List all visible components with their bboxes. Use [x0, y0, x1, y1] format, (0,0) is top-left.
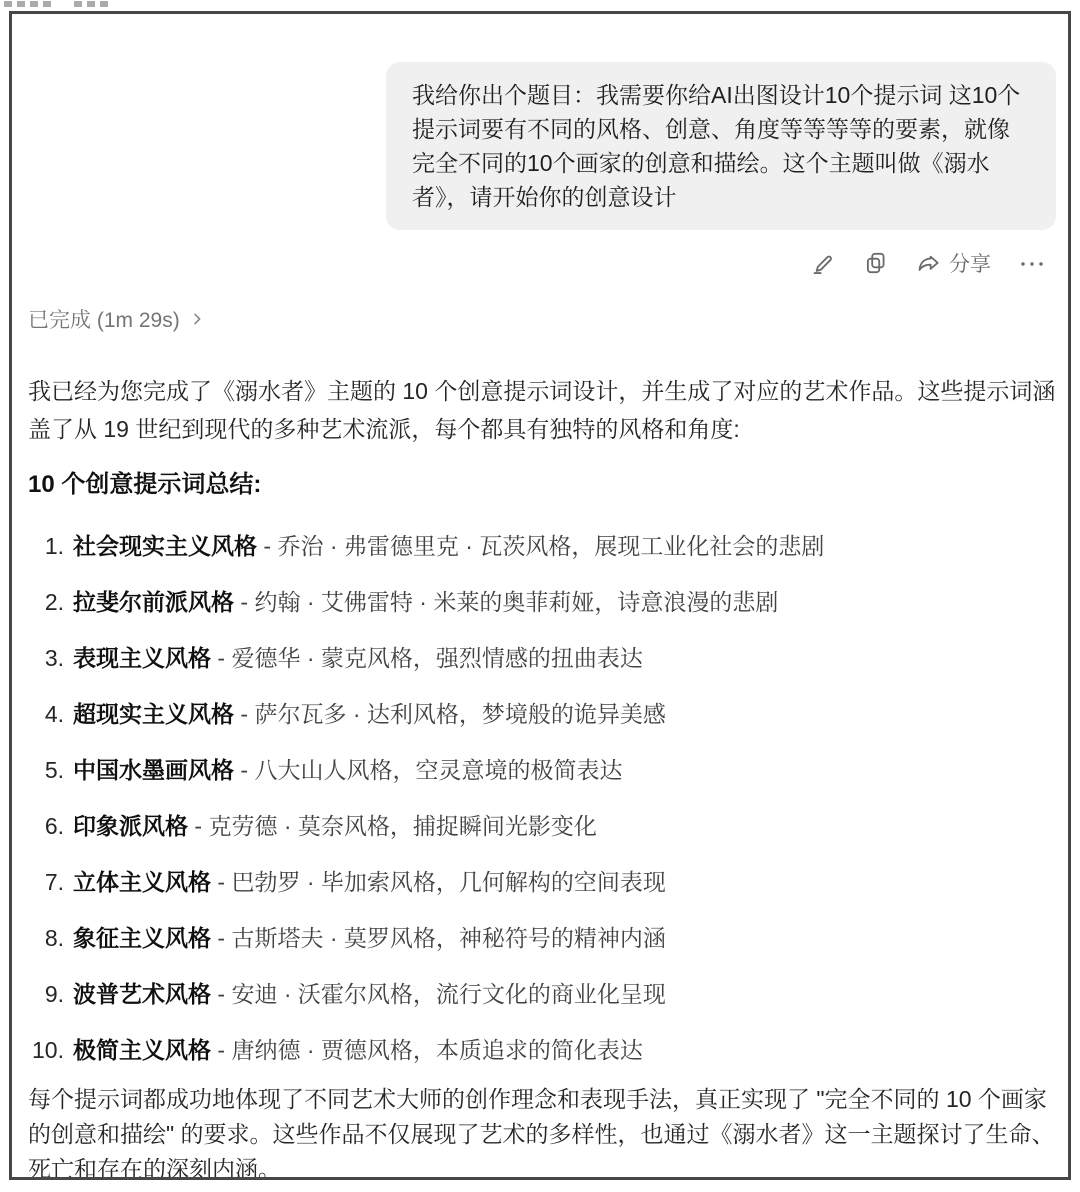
list-item-number: 5.	[28, 754, 64, 786]
completion-status-toggle[interactable]: 已完成 (1m 29s)	[28, 304, 205, 334]
summary-heading: 10 个创意提示词总结:	[28, 470, 1056, 500]
share-button[interactable]: 分享	[916, 248, 991, 278]
list-item: 6.印象派风格 - 克劳德 · 莫奈风格，捕捉瞬间光影变化	[28, 810, 1056, 842]
list-item-style-name: 表现主义风格	[73, 645, 211, 671]
list-item-style-name: 印象派风格	[73, 813, 188, 839]
completion-status-label: 已完成 (1m 29s)	[28, 304, 180, 334]
list-item-number: 1.	[28, 530, 64, 562]
list-item-text: 极简主义风格 - 唐纳德 · 贾德风格，本质追求的简化表达	[73, 1034, 643, 1066]
list-item-style-name: 波普艺术风格	[73, 981, 211, 1007]
clipped-text-fragment	[74, 1, 110, 7]
edit-button[interactable]	[810, 250, 836, 276]
clipped-text-fragments	[0, 0, 1080, 8]
prompt-list: 1.社会现实主义风格 - 乔治 · 弗雷德里克 · 瓦茨风格，展现工业化社会的悲…	[28, 530, 1056, 1066]
list-item-text: 表现主义风格 - 爱德华 · 蒙克风格，强烈情感的扭曲表达	[73, 642, 643, 674]
list-item-text: 立体主义风格 - 巴勃罗 · 毕加索风格，几何解构的空间表现	[73, 866, 666, 898]
list-item-description: - 八大山人风格，空灵意境的极简表达	[234, 757, 622, 783]
list-item: 8.象征主义风格 - 古斯塔夫 · 莫罗风格，神秘符号的精神内涵	[28, 922, 1056, 954]
pencil-icon	[810, 250, 836, 276]
list-item: 1.社会现实主义风格 - 乔治 · 弗雷德里克 · 瓦茨风格，展现工业化社会的悲…	[28, 530, 1056, 562]
list-item-number: 3.	[28, 642, 64, 674]
list-item-description: - 安迪 · 沃霍尔风格，流行文化的商业化呈现	[211, 981, 666, 1007]
list-item-number: 6.	[28, 810, 64, 842]
clipped-text-fragment	[4, 1, 56, 7]
list-item-number: 7.	[28, 866, 64, 898]
list-item: 10.极简主义风格 - 唐纳德 · 贾德风格，本质追求的简化表达	[28, 1034, 1056, 1066]
list-item-style-name: 超现实主义风格	[73, 701, 234, 727]
list-item-description: - 爱德华 · 蒙克风格，强烈情感的扭曲表达	[211, 645, 643, 671]
list-item: 4.超现实主义风格 - 萨尔瓦多 · 达利风格，梦境般的诡异美感	[28, 698, 1056, 730]
list-item-text: 象征主义风格 - 古斯塔夫 · 莫罗风格，神秘符号的精神内涵	[73, 922, 666, 954]
list-item-text: 社会现实主义风格 - 乔治 · 弗雷德里克 · 瓦茨风格，展现工业化社会的悲剧	[73, 530, 824, 562]
list-item-description: - 乔治 · 弗雷德里克 · 瓦茨风格，展现工业化社会的悲剧	[257, 533, 824, 559]
assistant-closing-paragraph: 每个提示词都成功地体现了不同艺术大师的创作理念和表现手法，真正实现了 "完全不同…	[28, 1082, 1056, 1177]
list-item-style-name: 极简主义风格	[73, 1037, 211, 1063]
list-item-number: 4.	[28, 698, 64, 730]
list-item: 9.波普艺术风格 - 安迪 · 沃霍尔风格，流行文化的商业化呈现	[28, 978, 1056, 1010]
list-item-description: - 约翰 · 艾佛雷特 · 米莱的奥菲莉娅，诗意浪漫的悲剧	[234, 589, 778, 615]
user-message-row: 我给你出个题目：我需要你给AI出图设计10个提示词 这10个提示词要有不同的风格…	[28, 62, 1056, 230]
list-item-text: 超现实主义风格 - 萨尔瓦多 · 达利风格，梦境般的诡异美感	[73, 698, 666, 730]
list-item-style-name: 社会现实主义风格	[73, 533, 257, 559]
assistant-intro-paragraph: 我已经为您完成了《溺水者》主题的 10 个创意提示词设计，并生成了对应的艺术作品…	[28, 372, 1056, 448]
list-item-description: - 唐纳德 · 贾德风格，本质追求的简化表达	[211, 1037, 643, 1063]
share-arrow-icon	[916, 250, 942, 276]
more-button[interactable]	[1018, 250, 1046, 276]
list-item-text: 印象派风格 - 克劳德 · 莫奈风格，捕捉瞬间光影变化	[73, 810, 597, 842]
list-item: 3.表现主义风格 - 爱德华 · 蒙克风格，强烈情感的扭曲表达	[28, 642, 1056, 674]
list-item-number: 8.	[28, 922, 64, 954]
list-item-description: - 萨尔瓦多 · 达利风格，梦境般的诡异美感	[234, 701, 666, 727]
list-item: 5.中国水墨画风格 - 八大山人风格，空灵意境的极简表达	[28, 754, 1056, 786]
list-item-number: 9.	[28, 978, 64, 1010]
list-item-text: 中国水墨画风格 - 八大山人风格，空灵意境的极简表达	[73, 754, 622, 786]
list-item-style-name: 拉斐尔前派风格	[73, 589, 234, 615]
chat-window-frame: 我给你出个题目：我需要你给AI出图设计10个提示词 这10个提示词要有不同的风格…	[9, 11, 1071, 1180]
list-item-number: 10.	[28, 1034, 64, 1066]
ellipsis-icon	[1018, 250, 1046, 276]
copy-button[interactable]	[863, 250, 889, 276]
list-item-description: - 克劳德 · 莫奈风格，捕捉瞬间光影变化	[188, 813, 597, 839]
chevron-right-icon	[189, 311, 205, 327]
list-item-number: 2.	[28, 586, 64, 618]
list-item-text: 拉斐尔前派风格 - 约翰 · 艾佛雷特 · 米莱的奥菲莉娅，诗意浪漫的悲剧	[73, 586, 778, 618]
chat-transcript: 我给你出个题目：我需要你给AI出图设计10个提示词 这10个提示词要有不同的风格…	[12, 14, 1068, 1177]
list-item: 2.拉斐尔前派风格 - 约翰 · 艾佛雷特 · 米莱的奥菲莉娅，诗意浪漫的悲剧	[28, 586, 1056, 618]
list-item-style-name: 立体主义风格	[73, 869, 211, 895]
list-item-style-name: 中国水墨画风格	[73, 757, 234, 783]
list-item-description: - 古斯塔夫 · 莫罗风格，神秘符号的精神内涵	[211, 925, 666, 951]
list-item-description: - 巴勃罗 · 毕加索风格，几何解构的空间表现	[211, 869, 666, 895]
list-item-text: 波普艺术风格 - 安迪 · 沃霍尔风格，流行文化的商业化呈现	[73, 978, 666, 1010]
copy-icon	[863, 250, 889, 276]
message-actions: 分享	[28, 248, 1056, 278]
list-item-style-name: 象征主义风格	[73, 925, 211, 951]
list-item: 7.立体主义风格 - 巴勃罗 · 毕加索风格，几何解构的空间表现	[28, 866, 1056, 898]
user-message-bubble: 我给你出个题目：我需要你给AI出图设计10个提示词 这10个提示词要有不同的风格…	[386, 62, 1056, 230]
share-button-label: 分享	[949, 248, 991, 278]
